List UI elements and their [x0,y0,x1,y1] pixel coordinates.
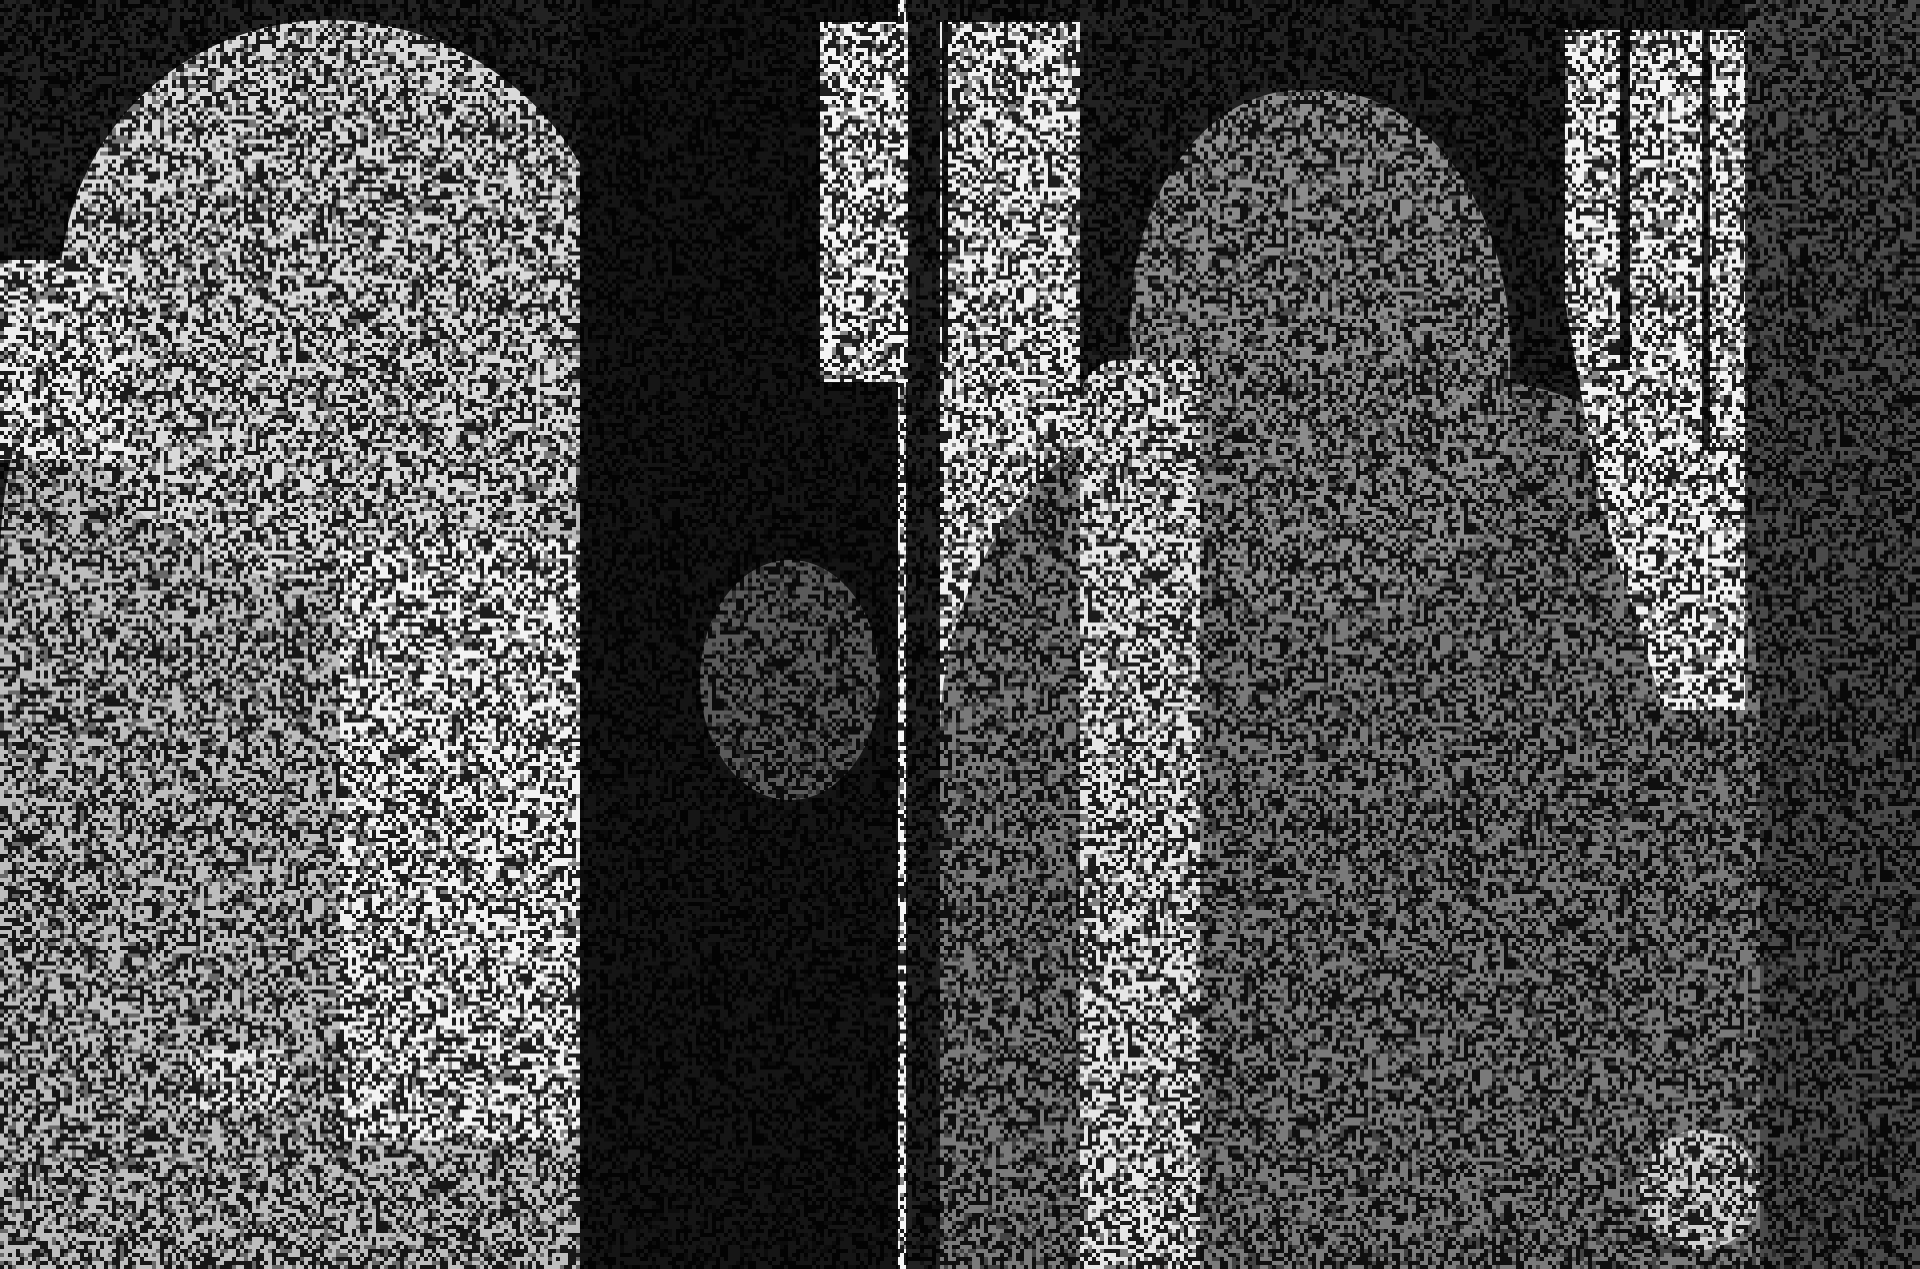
window-frame-stripe [1620,30,1630,370]
background-figure [700,560,880,800]
right-wall [1745,0,1920,1269]
doorway-frame-line [942,22,948,362]
right-figure-highlight [1080,360,1200,1269]
doorway-panel-left [820,22,908,382]
left-figure-head [60,20,620,580]
center-divider [898,0,906,1269]
left-figure-highlight [340,540,580,1140]
bottom-right-highlight [1640,1130,1760,1250]
bottom-left-highlight [190,1050,290,1110]
photo-scene [0,0,1920,1269]
window-frame-stripe-secondary [1702,30,1710,450]
left-edge-highlight [0,260,130,460]
